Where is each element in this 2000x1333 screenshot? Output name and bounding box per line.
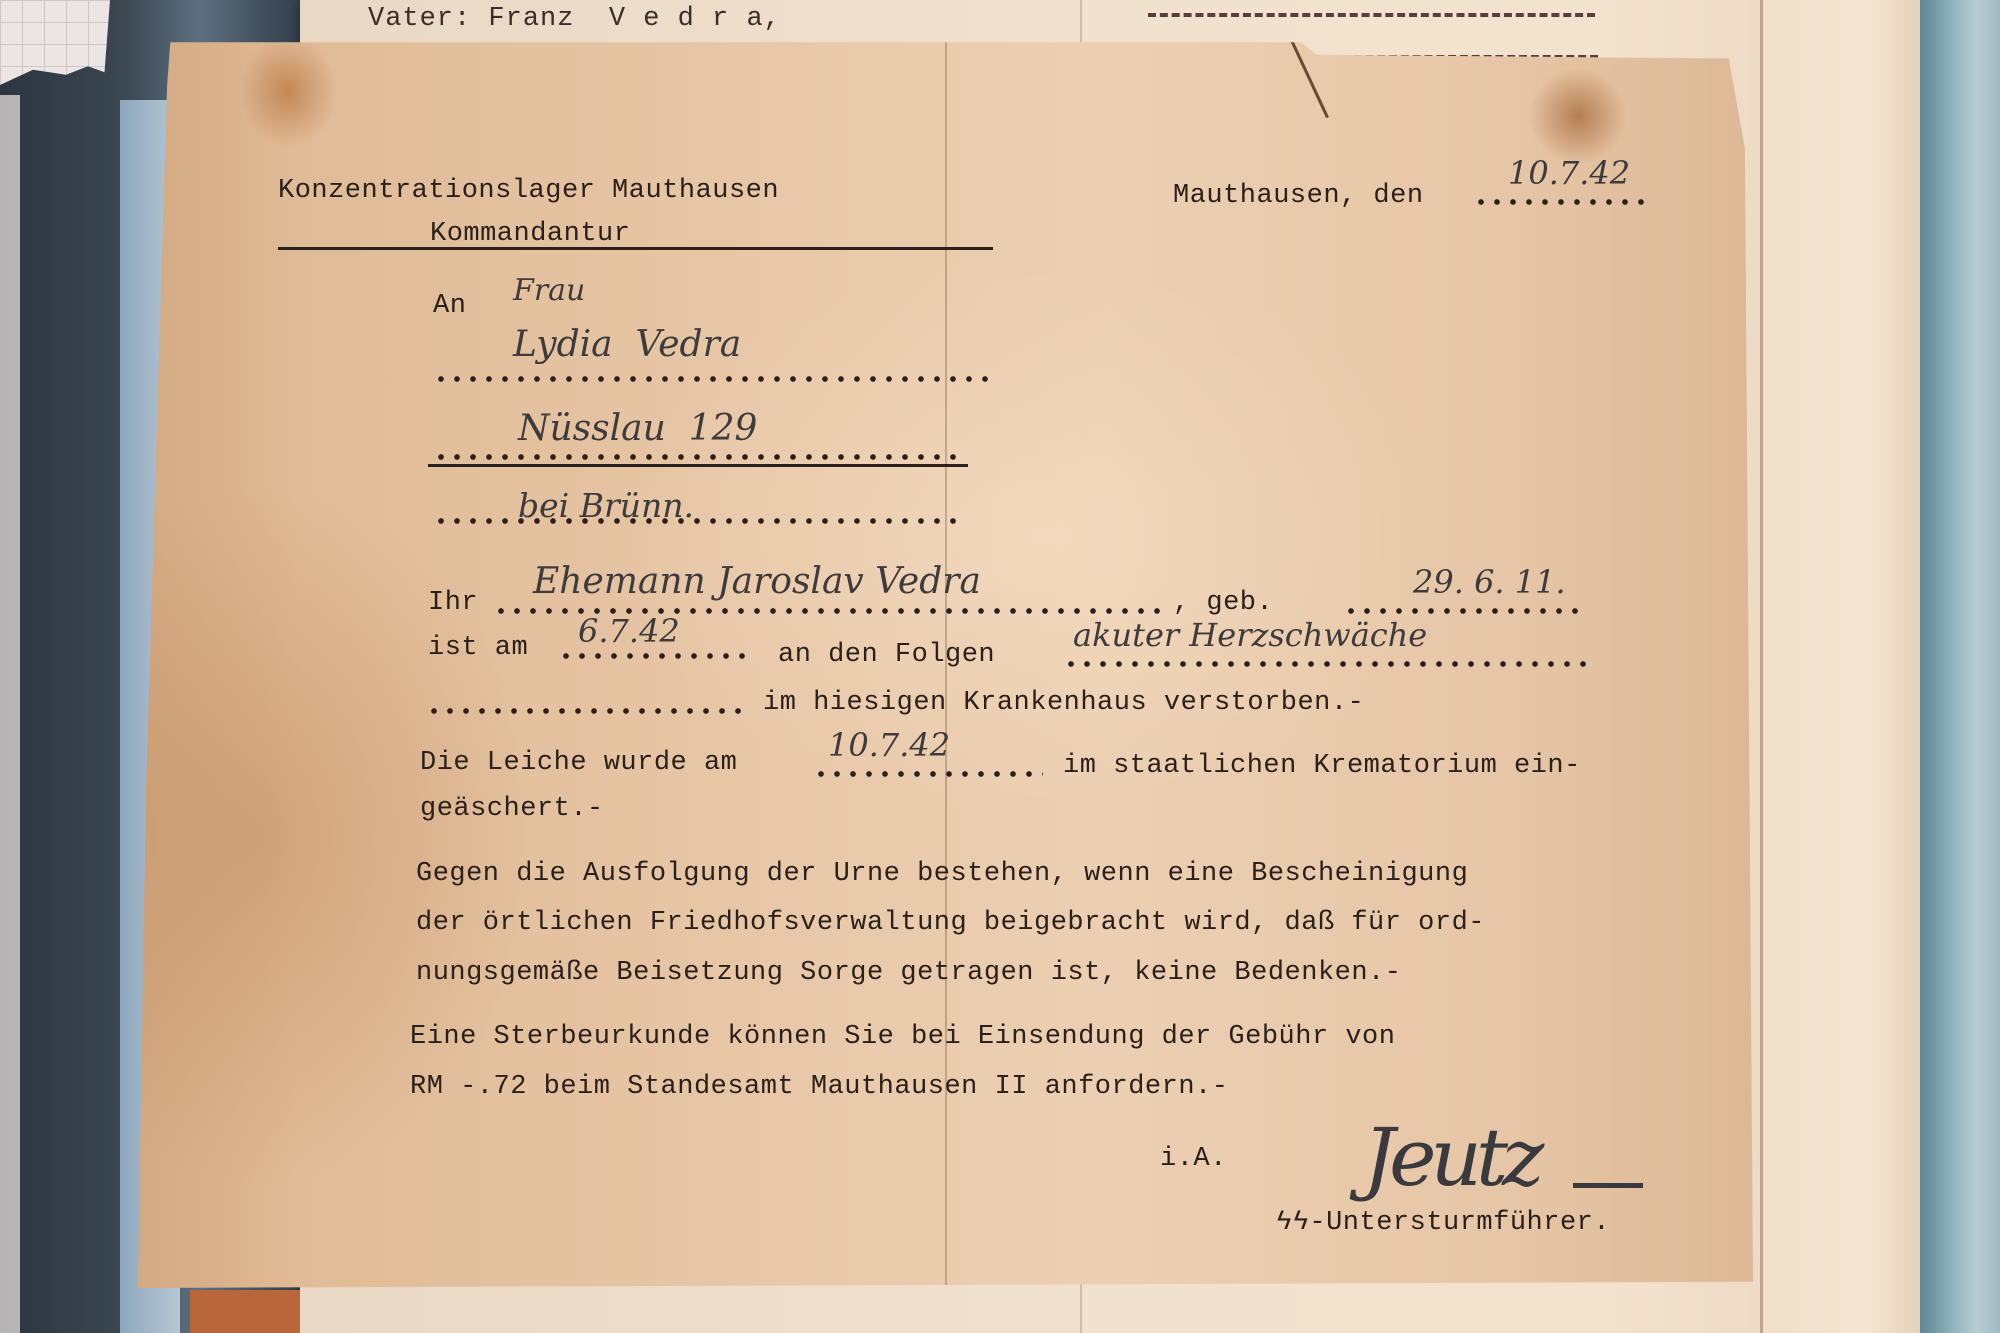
cremation-date-dots [813, 771, 1043, 777]
recipient-street: Nüsslau 129 [518, 408, 757, 449]
ia-label: i.A. [1160, 1144, 1227, 1174]
krematorium-text-2: geäschert.- [420, 794, 604, 824]
city-dotted-line [433, 518, 963, 524]
folgen-label: an den Folgen [778, 640, 995, 670]
krematorium-text: im staatlichen Krematorium ein- [1063, 751, 1581, 781]
ihr-label: Ihr [428, 588, 478, 618]
birth-date-dots [1343, 608, 1588, 614]
date-dotted-line [1473, 199, 1653, 205]
relation-and-name: Ehemann Jaroslav Vedra [533, 561, 981, 602]
death-notice-document: Konzentrationslager Mauthausen Kommandan… [138, 36, 1753, 1288]
birth-date: 29. 6. 11. [1413, 563, 1566, 601]
cause-of-death: akuter Herzschwäche [1073, 616, 1427, 654]
death-date-dots [558, 653, 753, 659]
street-underline [428, 464, 968, 467]
grid-paper-scrap [0, 0, 110, 85]
background-dashed-line [1148, 13, 1595, 17]
sterbeurkunde-line-2: RM -.72 beim Standesamt Mauthausen II an… [410, 1072, 1228, 1102]
background-paper-strip [0, 95, 20, 1333]
letter-date-handwritten: 10.7.42 [1508, 154, 1630, 192]
header-camp-name: Konzentrationslager Mauthausen [278, 176, 779, 206]
recipient-salutation: Frau [513, 273, 585, 308]
hospital-text: im hiesigen Krankenhaus verstorben.- [763, 688, 1364, 718]
header-underline [278, 247, 993, 250]
geb-label: , geb. [1173, 588, 1273, 618]
bottom-brown-card [190, 1290, 300, 1333]
header-kommandantur: Kommandantur [430, 219, 630, 249]
rank-label: ϟϟ-Untersturmführer. [1276, 1208, 1610, 1238]
cremation-label: Die Leiche wurde am [420, 748, 737, 778]
place-date-label: Mauthausen, den [1173, 181, 1424, 211]
cause-dots [1063, 661, 1588, 667]
right-stacked-sheet [1760, 0, 1933, 1333]
signature: Jeutz [1363, 1111, 1538, 1204]
recipient-name: Lydia Vedra [513, 324, 741, 365]
ist-am-label: ist am [428, 633, 528, 663]
name-dotted-line [433, 376, 998, 382]
urne-paragraph-line-2: der örtlichen Friedhofsverwaltung beigeb… [416, 908, 1485, 938]
sterbeurkunde-line-1: Eine Sterbeurkunde können Sie bei Einsen… [410, 1022, 1395, 1052]
background-typed-line: Vater: Franz V e d r a, [368, 4, 781, 34]
urne-paragraph-line-3: nungsgemäße Beisetzung Sorge getragen is… [416, 958, 1401, 988]
street-dotted-line [433, 454, 963, 460]
urne-paragraph-line-1: Gegen die Ausfolgung der Urne bestehen, … [416, 859, 1468, 889]
signature-stroke [1573, 1183, 1643, 1188]
death-date: 6.7.42 [578, 612, 680, 650]
recipient-an-label: An [433, 291, 466, 321]
teal-folder-edge [1920, 0, 2000, 1333]
hospital-dots [426, 708, 751, 714]
cremation-date: 10.7.42 [828, 726, 950, 764]
